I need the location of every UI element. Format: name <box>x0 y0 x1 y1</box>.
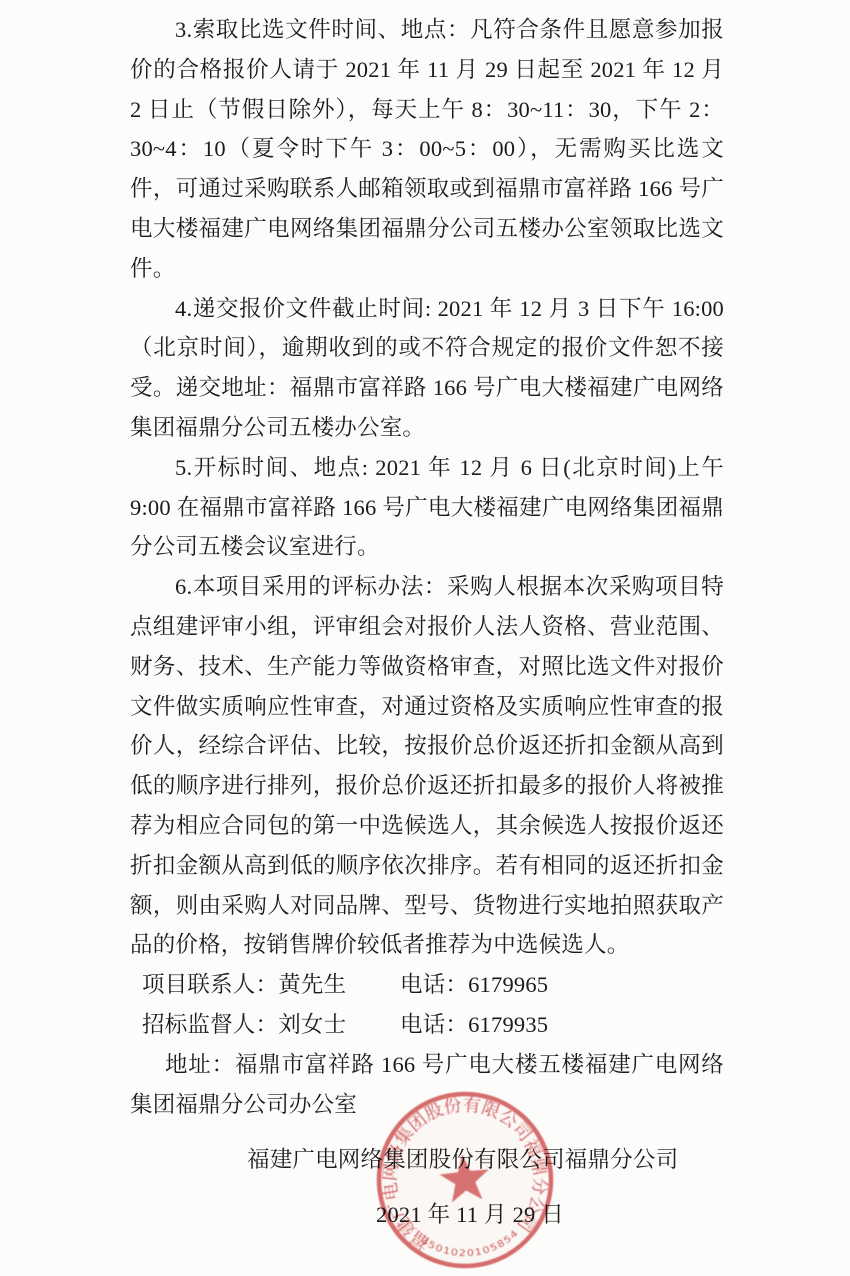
phone-label: 电话： <box>400 1012 468 1037</box>
phone-number: 6179935 <box>468 1012 548 1037</box>
paragraph-item-5: 5.开标时间、地点: 2021 年 12 月 6 日(北京时间)上午 9:00 … <box>130 448 724 567</box>
contact-name: 黄先生 <box>278 972 346 997</box>
phone-label: 电话： <box>400 972 468 997</box>
contact-phone: 电话：6179965 <box>400 965 724 1005</box>
contact-row-supervisor: 招标监督人：刘女士 电话：6179935 <box>130 1005 724 1045</box>
signature-company: 福建广电网络集团股份有限公司福鼎分公司 <box>247 1140 724 1180</box>
contact-person: 招标监督人：刘女士 <box>142 1005 400 1045</box>
contact-row-project: 项目联系人：黄先生 电话：6179965 <box>130 965 724 1005</box>
contact-label: 招标监督人： <box>142 1012 278 1037</box>
contact-phone: 电话：6179935 <box>400 1005 724 1045</box>
paragraph-item-6: 6.本项目采用的评标办法：采购人根据本次采购项目特点组建评审小组，评审组会对报价… <box>130 567 724 965</box>
contact-person: 项目联系人：黄先生 <box>142 965 400 1005</box>
signature-date: 2021 年 11 月 29 日 <box>376 1195 724 1235</box>
contact-label: 项目联系人： <box>142 972 278 997</box>
paragraph-item-3: 3.索取比选文件时间、地点：凡符合条件且愿意参加报价的合格报价人请于 2021 … <box>130 10 724 289</box>
contact-name: 刘女士 <box>278 1012 346 1037</box>
paragraph-item-4: 4.递交报价文件截止时间: 2021 年 12 月 3 日下午 16:00（北京… <box>130 289 724 448</box>
phone-number: 6179965 <box>468 972 548 997</box>
document-body: 3.索取比选文件时间、地点：凡符合条件且愿意参加报价的合格报价人请于 2021 … <box>130 10 724 1235</box>
address-line: 地址：福鼎市富祥路 166 号广电大楼五楼福建广电网络集团福鼎分公司办公室 <box>130 1045 724 1125</box>
scanned-document-page: 3.索取比选文件时间、地点：凡符合条件且愿意参加报价的合格报价人请于 2021 … <box>0 0 850 1276</box>
